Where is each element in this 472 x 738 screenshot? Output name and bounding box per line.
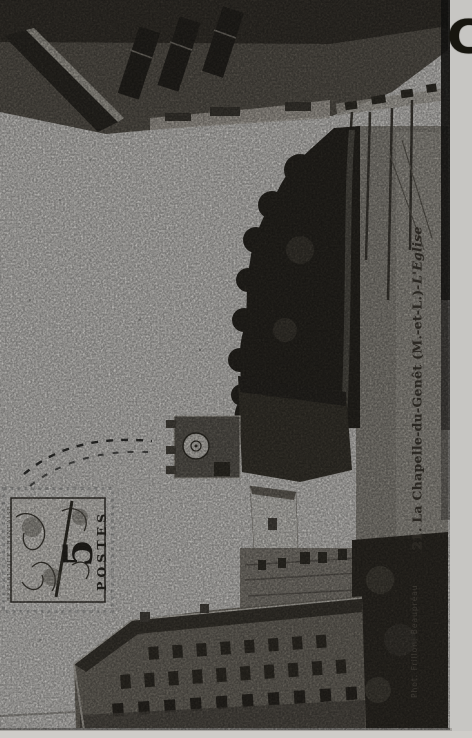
postcard-photo: 5 POSTES RÉPUBLIQUE FRANÇAISE — [0, 0, 472, 738]
postcard-caption: 21. La Chapelle-du-Genêt (M.-et-L.) - L'… — [405, 238, 429, 550]
corner-mark: C — [447, 10, 472, 64]
caption-number-place: 21. La Chapelle-du-Genêt (M.-et-L.) — [410, 290, 425, 550]
caption-separator: - — [410, 284, 425, 290]
postcard-scan: 5 POSTES RÉPUBLIQUE FRANÇAISE 21. La Cha… — [0, 0, 472, 738]
caption-subject: L'Eglise — [410, 226, 425, 284]
publisher-credit: Phot. Frillon, Beaupréau — [410, 546, 423, 698]
scan-grain-overlay — [0, 0, 450, 730]
